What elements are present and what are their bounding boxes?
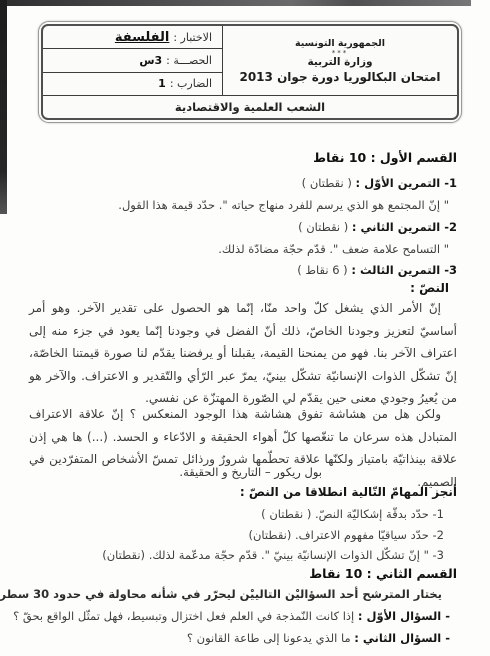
exercise2-points: ( نقطتان ) (298, 220, 348, 234)
exercise1-label: 1- التمرين الأوّل : (355, 176, 457, 190)
section2-title: القسم الثاني : 10 نقاط (309, 566, 457, 581)
task-1: 1- حدّد بدقّة إشكاليّة النصّ. ( نقطتان ) (261, 507, 444, 521)
exam-info-cell: الاختبار : الفلسفة الحصـــة : 3س الضارب … (43, 26, 223, 95)
exam-coefficient-label: الضارب : (170, 77, 212, 90)
text-paragraph-1: إنّ الأمر الذي يشغل كلّ واحد منّا، إنّما… (29, 297, 457, 410)
task-3: 3- " إنّ تشكّل الذوات الإنسانيّة بينيّ "… (102, 548, 444, 562)
exam-paper-page: الاختبار : الفلسفة الحصـــة : 3س الضارب … (0, 0, 490, 656)
question-1-text: إذا كانت النّمذجة في العلم فعل اختزال وت… (13, 609, 354, 623)
question-2: - السؤال الثاني : ما الذي يدعونا إلى طاع… (187, 631, 450, 645)
exercise1-text: " إنّ المجتمع هو الذي يرسم للفرد منهاج ح… (118, 198, 449, 212)
scan-artifact-top-bar (0, 0, 471, 6)
section2-intro: يختار المترشح أحد السؤاليْن التالييْن لي… (0, 587, 442, 601)
exam-coefficient-value: 1 (158, 77, 166, 90)
exercise2-text: " التسامح علامة ضعف ". قدّم حجّة مضادّة … (218, 242, 449, 256)
exam-duration-value: 3س (139, 54, 162, 67)
tasks-heading: أنجز المهامّ التّالية انطلاقا من النصّ : (240, 485, 457, 499)
question-2-text: ما الذي يدعونا إلى طاعة القانون ؟ (187, 631, 351, 645)
section1-title: القسم الأول : 10 نقاط (313, 150, 457, 165)
exam-coefficient-row: الضارب : 1 (43, 73, 222, 95)
branch-row: الشعب العلمية والاقتصادية (43, 95, 457, 118)
task-2: 2- حدّد سياقيّا مفهوم الاعتراف. (نقطتان) (249, 528, 445, 542)
exam-duration-row: الحصـــة : 3س (43, 49, 222, 72)
exercise2-label: 2- التمرين الثاني : (352, 220, 457, 234)
exercise3-label: 3- التمرين الثالث : (351, 263, 457, 277)
scan-artifact-left-bar (0, 0, 7, 214)
ministry-title: وزارة التربية (307, 56, 372, 69)
exercise3-heading: 3- التمرين الثالث : ( 6 نقاط ) (297, 263, 457, 277)
question-2-label: - السؤال الثاني : (354, 631, 450, 645)
text-paragraph-2: ولكن هل من هشاشة تفوق هشاشة هذا الوجود ا… (29, 403, 457, 493)
header-table-inner: الاختبار : الفلسفة الحصـــة : 3س الضارب … (41, 24, 459, 120)
exam-subject-row: الاختبار : الفلسفة (43, 26, 222, 49)
question-1-label: - السؤال الأوّل : (358, 609, 450, 623)
exercise1-points: ( نقطتان ) (302, 176, 352, 190)
header-table: الاختبار : الفلسفة الحصـــة : 3س الضارب … (38, 21, 462, 123)
exercise3-points: ( 6 نقاط ) (297, 263, 347, 277)
ministry-cell: الجمهورية التونسية *** وزارة التربية امت… (223, 26, 457, 95)
exam-duration-label: الحصـــة : (166, 54, 212, 67)
question-1: - السؤال الأوّل : إذا كانت النّمذجة في ا… (13, 609, 450, 623)
exam-session-title: امتحان البكالوريا دورة جوان 2013 (239, 70, 440, 85)
exam-subject-value: الفلسفة (115, 30, 169, 45)
text-attribution: بول ريكور – التاريخ و الحقيقة. (179, 465, 322, 479)
text-label: النصّ : (410, 281, 449, 295)
exam-subject-label: الاختبار : (173, 31, 212, 44)
exercise2-heading: 2- التمرين الثاني : ( نقطتان ) (298, 220, 457, 234)
exercise1-heading: 1- التمرين الأوّل : ( نقطتان ) (302, 176, 457, 190)
